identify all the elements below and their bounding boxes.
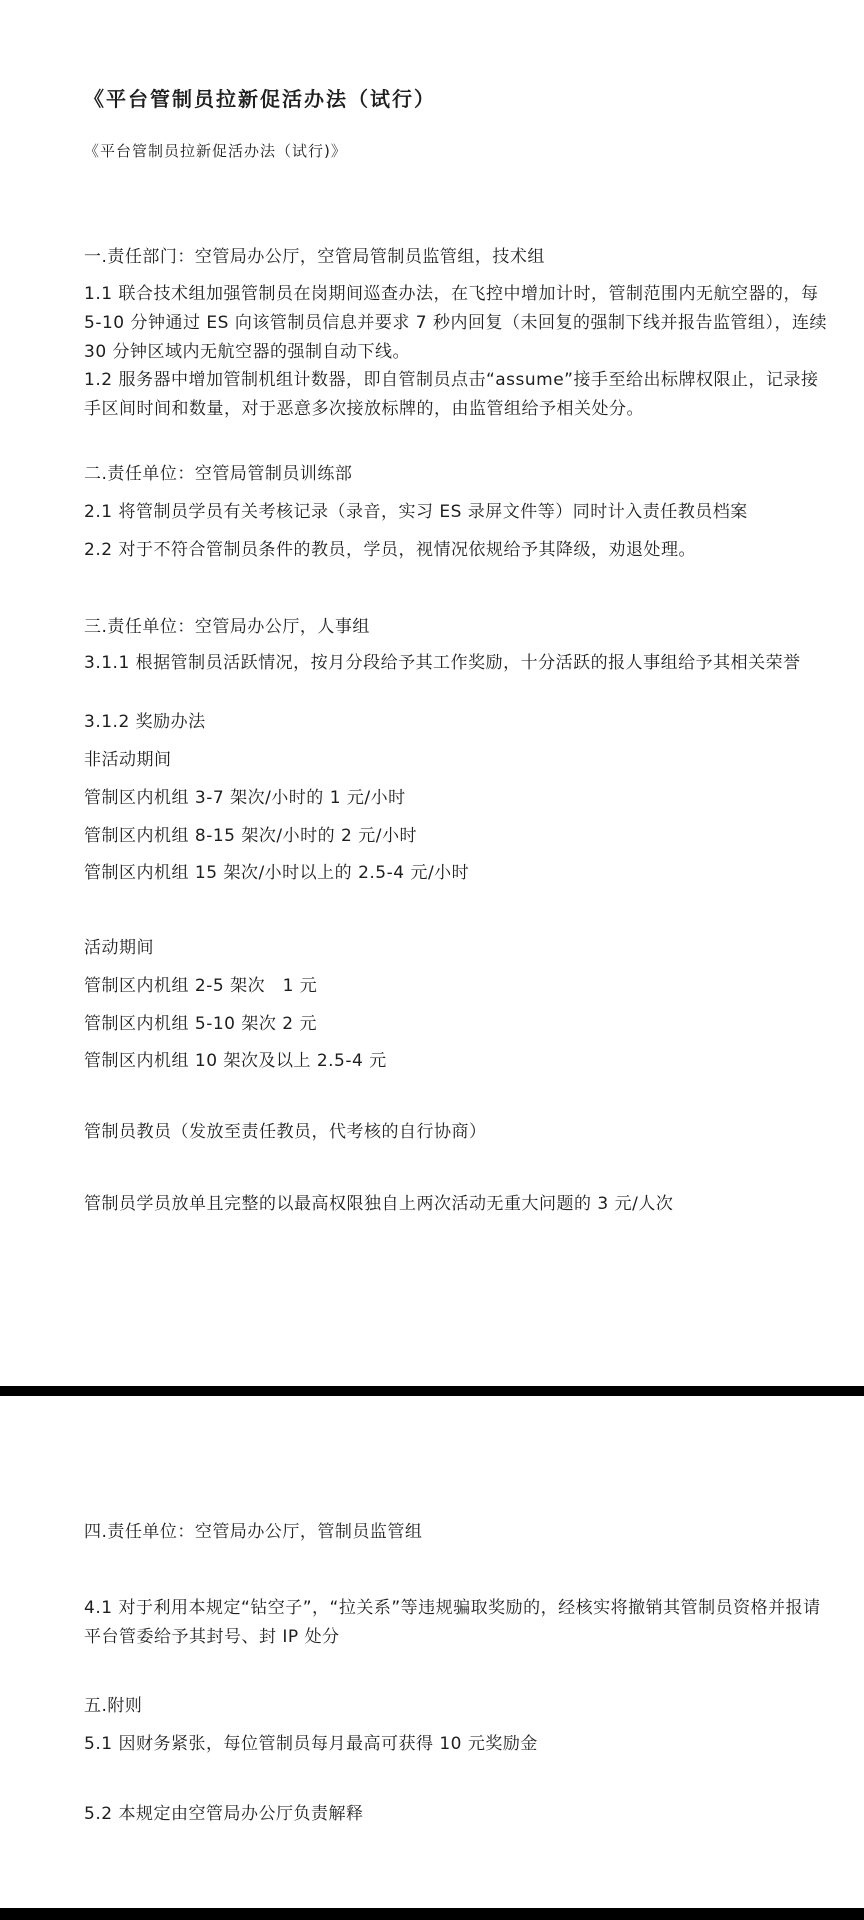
reward-event-tier-2: 管制区内机组 5-10 架次 2 元 bbox=[84, 1010, 832, 1039]
clause-2-2: 2.2 对于不符合管制员条件的教员，学员，视情况依规给予其降级，劝退处理。 bbox=[84, 536, 832, 565]
doc-subtitle: 《平台管制员拉新促活办法（试行)》 bbox=[84, 140, 832, 162]
reward-offpeak-tier-3: 管制区内机组 15 架次/小时以上的 2.5-4 元/小时 bbox=[84, 859, 832, 888]
clause-1-2: 1.2 服务器中增加管制机组计数器，即自管制员点击“assume”接手至给出标牌… bbox=[84, 366, 832, 424]
clause-1-1: 1.1 联合技术组加强管制员在岗期间巡查办法，在飞控中增加计时，管制范围内无航空… bbox=[84, 280, 832, 367]
reward-offpeak-tier-2: 管制区内机组 8-15 架次/小时的 2 元/小时 bbox=[84, 822, 832, 851]
clause-4-1: 4.1 对于利用本规定“钻空子”，“拉关系”等违规骗取奖励的，经核实将撤销其管制… bbox=[84, 1594, 832, 1652]
section-1-heading: 一.责任部门：空管局办公厅，空管局管制员监管组，技术组 bbox=[84, 243, 832, 272]
reward-offpeak-tier-1: 管制区内机组 3-7 架次/小时的 1 元/小时 bbox=[84, 784, 832, 813]
reward-event-heading: 活动期间 bbox=[84, 934, 832, 963]
document-page: 《平台管制员拉新促活办法（试行） 《平台管制员拉新促活办法（试行)》 一.责任部… bbox=[0, 0, 864, 1920]
reward-trainee: 管制员学员放单且完整的以最高权限独自上两次活动无重大问题的 3 元/人次 bbox=[84, 1190, 832, 1219]
clause-5-2: 5.2 本规定由空管局办公厅负责解释 bbox=[84, 1800, 832, 1829]
clause-2-1: 2.1 将管制员学员有关考核记录（录音，实习 ES 录屏文件等）同时计入责任教员… bbox=[84, 498, 832, 527]
page-bottom-separator-bar bbox=[0, 1908, 864, 1920]
page-separator-bar bbox=[0, 1386, 864, 1396]
clause-3-1-1: 3.1.1 根据管制员活跃情况，按月分段给予其工作奖励，十分活跃的报人事组给予其… bbox=[84, 649, 832, 678]
clause-3-1-2: 3.1.2 奖励办法 bbox=[84, 708, 832, 737]
reward-event-tier-3: 管制区内机组 10 架次及以上 2.5-4 元 bbox=[84, 1047, 832, 1076]
doc-title: 《平台管制员拉新促活办法（试行） bbox=[84, 86, 832, 112]
section-4-heading: 四.责任单位：空管局办公厅，管制员监管组 bbox=[84, 1518, 832, 1547]
reward-event-tier-1: 管制区内机组 2-5 架次 1 元 bbox=[84, 972, 832, 1001]
reward-instructor: 管制员教员（发放至责任教员，代考核的自行协商） bbox=[84, 1118, 832, 1147]
clause-5-1: 5.1 因财务紧张，每位管制员每月最高可获得 10 元奖励金 bbox=[84, 1730, 832, 1759]
reward-offpeak-heading: 非活动期间 bbox=[84, 746, 832, 775]
section-5-heading: 五.附则 bbox=[84, 1692, 832, 1721]
section-3-heading: 三.责任单位：空管局办公厅，人事组 bbox=[84, 613, 832, 642]
section-2-heading: 二.责任单位：空管局管制员训练部 bbox=[84, 460, 832, 489]
